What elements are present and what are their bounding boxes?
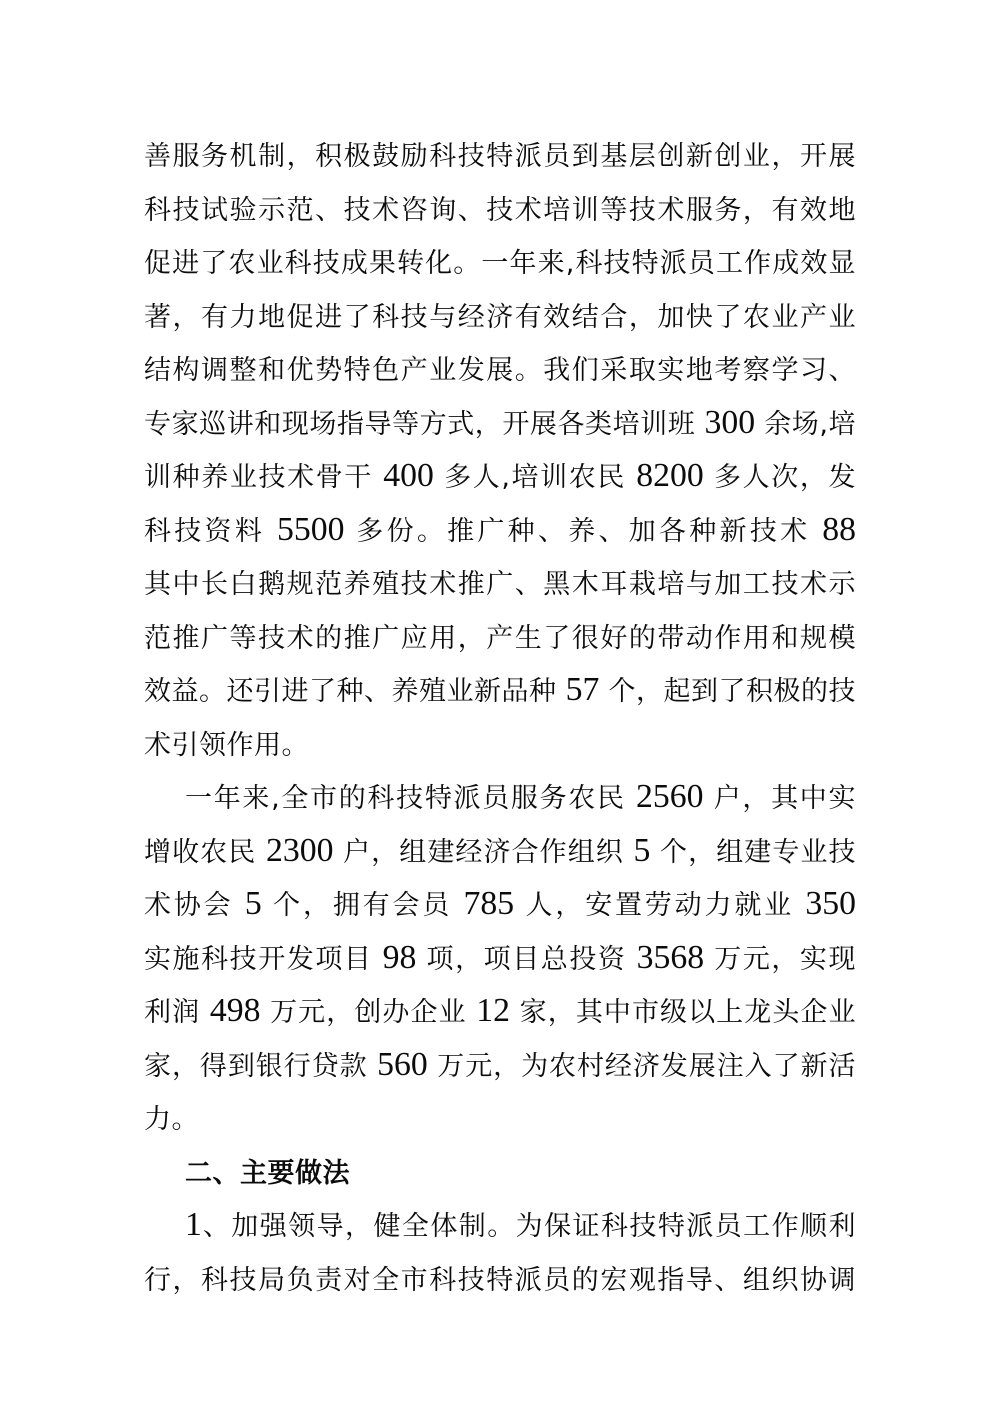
numeral: 1 xyxy=(185,1206,202,1243)
numeral: 5500 xyxy=(277,511,345,548)
text-line: 效益。还引进了种、养殖业新品种 57 个，起到了积极的技 xyxy=(144,665,856,719)
text-line: 促进了农业科技成果转化。一年来,科技特派员工作成效显 xyxy=(144,237,856,291)
numeral: 785 xyxy=(464,885,515,922)
numeral: 57 xyxy=(566,671,600,708)
text-line: 著，有力地促进了科技与经济有效结合，加快了农业产业 xyxy=(144,291,856,345)
document-page: 善服务机制，积极鼓励科技特派员到基层创新创业，开展科技试验示范、技术咨询、技术培… xyxy=(0,0,1000,1415)
text-line: 善服务机制，积极鼓励科技特派员到基层创新创业，开展 xyxy=(144,130,856,184)
numeral: 3568 xyxy=(637,939,705,976)
text-line: 训种养业技术骨干 400 多人,培训农民 8200 多人次，发放 xyxy=(144,451,856,505)
text-line: 科技资料 5500 多份。推广种、养、加各种新技术 88 项， xyxy=(144,505,856,559)
text-line: 一年来,全市的科技特派员服务农民 2560 户，其中实现 xyxy=(144,772,856,826)
numeral: 2560 xyxy=(636,778,704,815)
text-line: 其中长白鹅规范养殖技术推广、黑木耳栽培与加工技术示 xyxy=(144,558,856,612)
numeral: 2300 xyxy=(266,832,334,869)
text-line: 利润 498 万元，创办企业 12 家，其中市级以上龙头企业 2 xyxy=(144,986,856,1040)
text-line: 范推广等技术的推广应用，产生了很好的带动作用和规模 xyxy=(144,612,856,666)
numeral: 98 xyxy=(383,939,417,976)
numeral: 560 xyxy=(377,1046,428,1083)
numeral: 350 xyxy=(805,885,856,922)
paragraph-leadership: 1、加强领导，健全体制。为保证科技特派员工作顺利进行，科技局负责对全市科技特派员… xyxy=(144,1200,856,1307)
document-content: 善服务机制，积极鼓励科技特派员到基层创新创业，开展科技试验示范、技术咨询、技术培… xyxy=(0,0,1000,1307)
numeral: 5 xyxy=(634,832,651,869)
numeral: 12 xyxy=(476,992,510,1029)
text-line: 术引领作用。 xyxy=(144,719,856,773)
numeral: 8200 xyxy=(636,457,704,494)
text-line: 力。 xyxy=(144,1093,856,1147)
text-line: 1、加强领导，健全体制。为保证科技特派员工作顺利进 xyxy=(144,1200,856,1254)
text-line: 增收农民 2300 户，组建经济合作组织 5 个，组建专业技 xyxy=(144,826,856,880)
text-line: 专家巡讲和现场指导等方式，开展各类培训班 300 余场,培 xyxy=(144,398,856,452)
text-line: 家，得到银行贷款 560 万元，为农村经济发展注入了新活 xyxy=(144,1040,856,1094)
numeral: 498 xyxy=(210,992,261,1029)
numeral: 300 xyxy=(704,404,755,441)
numeral: 400 xyxy=(383,457,434,494)
numeral: 88 xyxy=(822,511,856,548)
text-line: 实施科技开发项目 98 项，项目总投资 3568 万元，实现年 xyxy=(144,933,856,987)
text-line: 术协会 5 个，拥有会员 785 人，安置劳动力就业 350 人。 xyxy=(144,879,856,933)
paragraph-achievements: 善服务机制，积极鼓励科技特派员到基层创新创业，开展科技试验示范、技术咨询、技术培… xyxy=(144,130,856,772)
text-line: 科技试验示范、技术咨询、技术培训等技术服务，有效地 xyxy=(144,184,856,238)
text-line: 行，科技局负责对全市科技特派员的宏观指导、组织协调 xyxy=(144,1254,856,1308)
text-line: 二、主要做法 xyxy=(144,1147,856,1201)
numeral: 5 xyxy=(245,885,262,922)
paragraph-statistics: 一年来,全市的科技特派员服务农民 2560 户，其中实现增收农民 2300 户，… xyxy=(144,772,856,1147)
text-line: 结构调整和优势特色产业发展。我们采取实地考察学习、 xyxy=(144,344,856,398)
heading-main-practices: 二、主要做法 xyxy=(144,1147,856,1201)
